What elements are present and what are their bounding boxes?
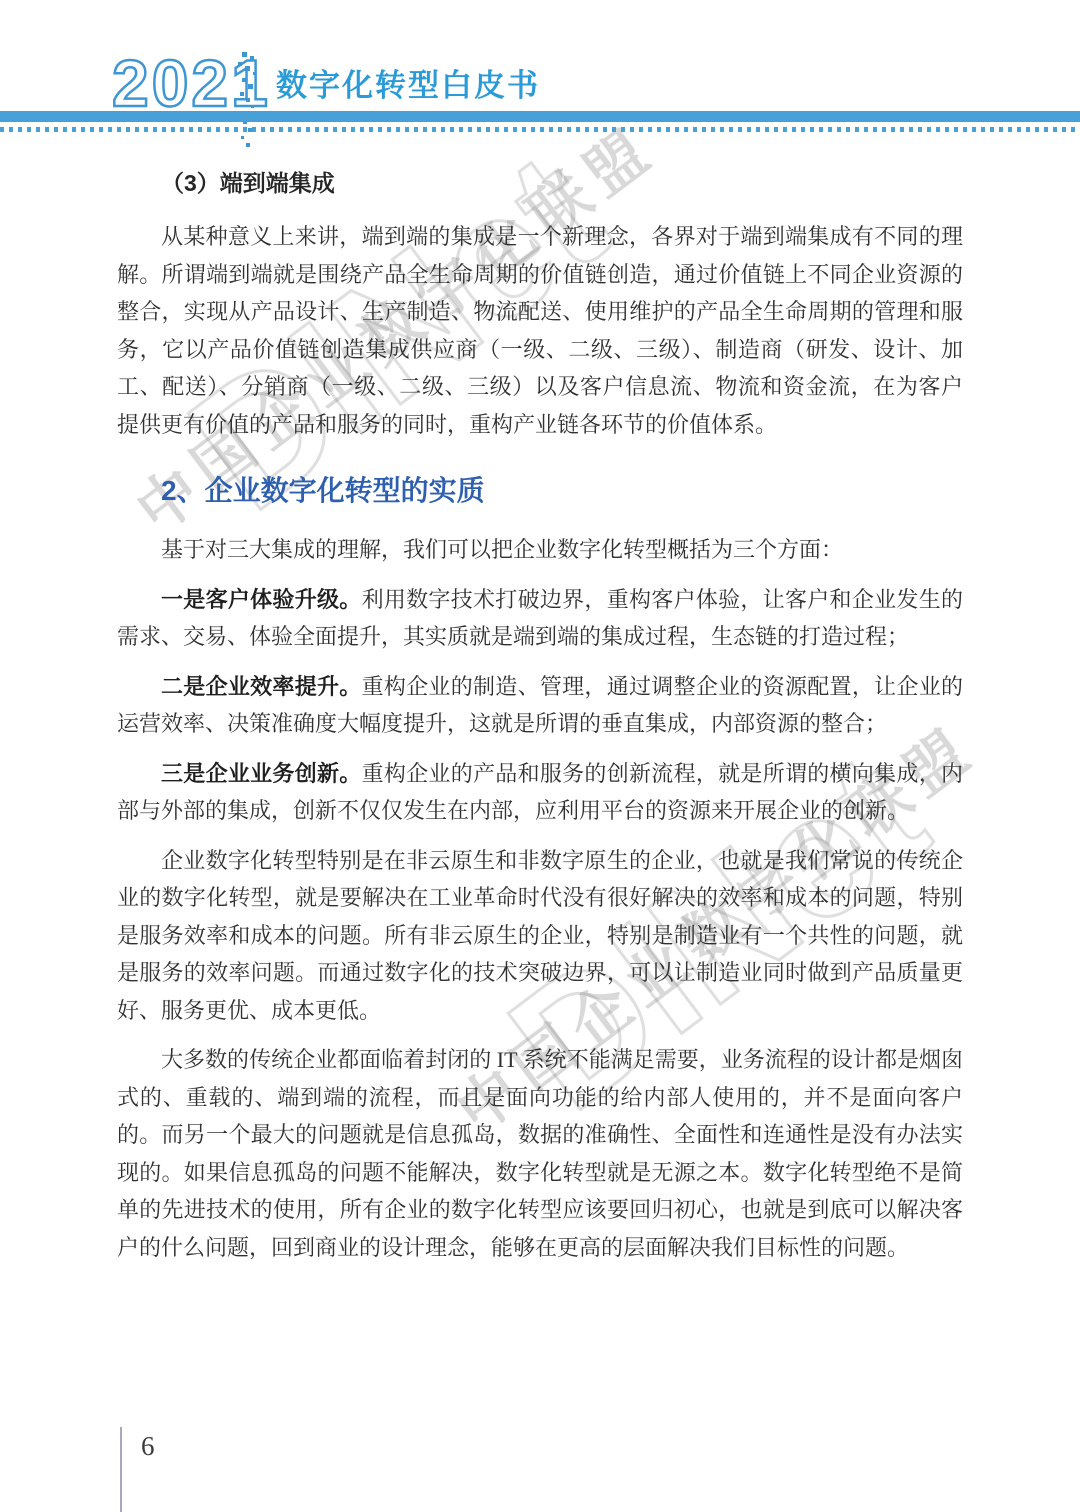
bullet-lead-1: 一是客户体验升级。 xyxy=(161,587,362,612)
page-number: 6 xyxy=(141,1430,155,1462)
subsection-heading: （3）端到端集成 xyxy=(161,168,963,198)
document-page: DINet 中国企业数字化联盟 DINet 中国企业数字化联盟 2021 数字化… xyxy=(0,0,1080,1512)
bullet-lead-2: 二是企业效率提升。 xyxy=(161,674,362,699)
document-title: 数字化转型白皮书 xyxy=(276,66,540,106)
paragraph: 基于对三大集成的理解，我们可以把企业数字化转型概括为三个方面： xyxy=(117,531,963,569)
footer-vertical-rule xyxy=(120,1427,122,1512)
paragraph: 企业数字化转型特别是在非云原生和非数字原生的企业，也就是我们常说的传统企业的数字… xyxy=(117,842,963,1030)
page-body: （3）端到端集成 从某种意义上来讲，端到端的集成是一个新理念，各界对于端到端集成… xyxy=(117,168,963,1266)
header-accent-bar xyxy=(0,111,1080,122)
bullet-lead-3: 三是企业业务创新。 xyxy=(161,761,362,786)
bullet-paragraph-1: 一是客户体验升级。利用数字技术打破边界，重构客户体验，让客户和企业发生的需求、交… xyxy=(117,581,963,656)
paragraph: 大多数的传统企业都面临着封闭的 IT 系统不能满足需要，业务流程的设计都是烟囱式… xyxy=(117,1041,963,1266)
bullet-paragraph-2: 二是企业效率提升。重构企业的制造、管理，通过调整企业的资源配置，让企业的运营效率… xyxy=(117,668,963,743)
bullet-paragraph-3: 三是企业业务创新。重构企业的产品和服务的创新流程，就是所谓的横向集成，内部与外部… xyxy=(117,755,963,830)
section-heading: 2、企业数字化转型的实质 xyxy=(161,473,963,509)
logo-pixel-dots-decoration xyxy=(236,50,262,150)
header-dotted-rule xyxy=(0,127,1080,132)
paragraph: 从某种意义上来讲，端到端的集成是一个新理念，各界对于端到端集成有不同的理解。所谓… xyxy=(117,218,963,443)
